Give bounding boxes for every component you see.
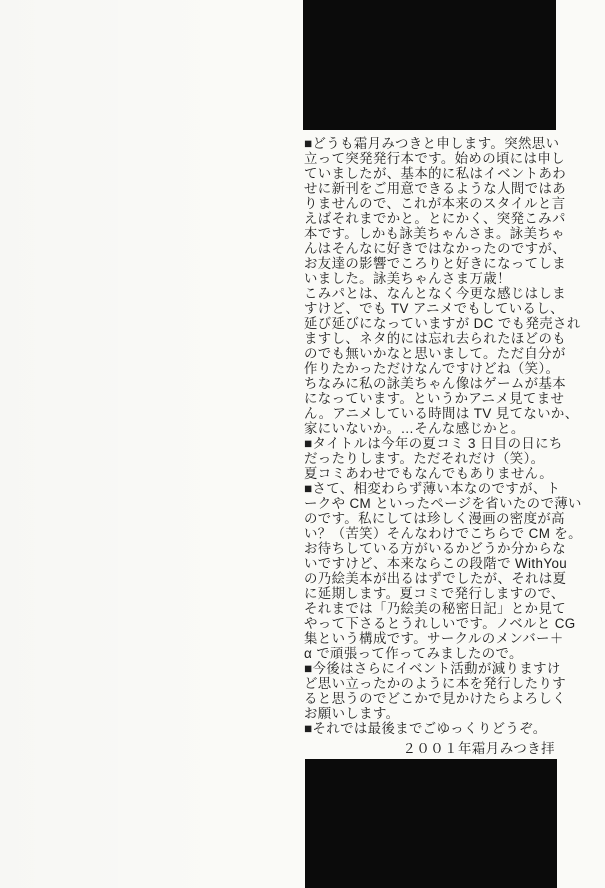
text-line: 立って突発発行本です。始めの頃には申し [304,151,589,166]
bottom-black-panel [305,759,557,888]
text-line: やって下さるとうれしいです。ノベルと CG [304,616,589,631]
text-line: いですけど、本来ならこの段階で WithYou [304,556,589,571]
text-line: ■それでは最後までごゆっくりどうぞ。 [304,721,589,736]
text-line: のです。私にしては珍しく漫画の密度が高 [304,511,589,526]
text-line: えばそれまでかと。とにかく、突発こみパ [304,211,589,226]
text-line: んはそんなに好きではなかったのですが、 [304,241,589,256]
text-line: お願いします。 [304,706,589,721]
text-line: ん。アニメしている時間は TV 見てないか、 [304,406,589,421]
text-line: ■今後はさらにイベント活動が減りますけ [304,661,589,676]
text-line: 家にいないか。…そんな感じかと。 [304,421,589,436]
text-line: こみパとは、なんとなく今更な感じはしま [304,286,589,301]
text-line: 本です。しかも詠美ちゃんさま。詠美ちゃ [304,226,589,241]
text-line: ちなみに私の詠美ちゃん像はゲームが基本 [304,376,589,391]
text-line: 延び延びになっていますが DC でも発売され [304,316,589,331]
text-line: い？（苦笑）そんなわけでこちらで CM を。 [304,526,589,541]
text-line: ていましたが、基本的に私はイベントあわ [304,166,589,181]
afterword-text: ■どうも霜月みつきと申します。突然思い立って突発発行本です。始めの頃には申してい… [304,136,589,736]
text-line: お友達の影響でころりと好きになってしま [304,256,589,271]
text-line: だったりします。ただそれだけ（笑）。 [304,451,589,466]
text-line: お待ちしている方がいるかどうか分からな [304,541,589,556]
scanned-page: ■どうも霜月みつきと申します。突然思い立って突発発行本です。始めの頃には申してい… [0,0,605,888]
text-line: に延期します。夏コミで発行しますので、 [304,586,589,601]
text-line: りませんので、これが本来のスタイルと言 [304,196,589,211]
text-line: それまでは「乃絵美の秘密日記」とか見て [304,601,589,616]
text-line: の乃絵美本が出るはずでしたが、それは夏 [304,571,589,586]
text-line: 作りたかっただけなんですけどね（笑）。 [304,361,589,376]
top-black-panel [303,0,556,130]
text-line: ■どうも霜月みつきと申します。突然思い [304,136,589,151]
text-line: ■さて、相変わらず薄い本なのですが、ト [304,481,589,496]
text-line: ■タイトルは今年の夏コミ 3 日目の日にち [304,436,589,451]
text-line: せに新刊をご用意できるような人間ではあ [304,181,589,196]
text-line: ますし、ネタ的には忘れ去られたほどのも [304,331,589,346]
text-line: いました。詠美ちゃんさま万歳！ [304,271,589,286]
text-line: すけど、でも TV アニメでもしているし、 [304,301,589,316]
text-line: 集という構成です。サークルのメンバー＋ [304,631,589,646]
text-line: ークや CM といったページを省いたので薄い [304,496,589,511]
signature-line: ２００１年霜月みつき拝 [304,741,555,756]
text-line: になっています。というかアニメ見てませ [304,391,589,406]
text-line: のでも無いかなと思いまして。ただ自分が [304,346,589,361]
text-line: 夏コミあわせでもなんでもありません。 [304,466,589,481]
text-line: α で頑張って作ってみましたので。 [304,646,589,661]
text-line: ると思うのでどこかで見かけたらよろしく [304,691,589,706]
text-line: ど思い立ったかのように本を発行したりす [304,676,589,691]
